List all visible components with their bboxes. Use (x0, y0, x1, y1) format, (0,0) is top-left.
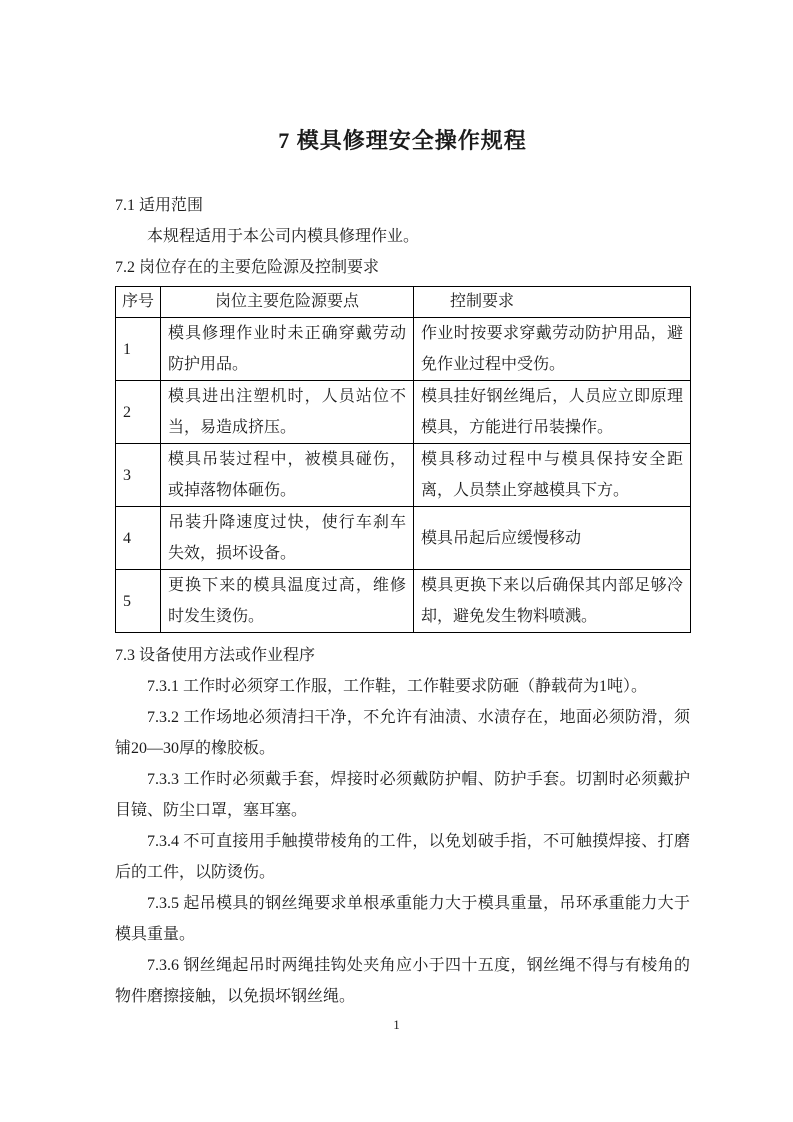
column-header-hazard: 岗位主要危险源要点 (161, 287, 414, 318)
section-heading-7-3: 7.3 设备使用方法或作业程序 (115, 640, 690, 671)
table-header-row: 序号 岗位主要危险源要点 控制要求 (116, 287, 691, 318)
hazard-cell: 更换下来的模具温度过高，维修时发生烫伤。 (161, 570, 414, 633)
column-header-no: 序号 (116, 287, 161, 318)
table-row: 2 模具进出注塑机时，人员站位不当，易造成挤压。 模具挂好钢丝绳后，人员应立即原… (116, 381, 691, 444)
procedure-item-7-3-2: 7.3.2 工作场地必须清扫干净，不允许有油渍、水渍存在，地面必须防滑，须铺20… (115, 702, 690, 764)
hazard-control-table: 序号 岗位主要危险源要点 控制要求 1 模具修理作业时未正确穿戴劳动防护用品。 … (115, 286, 691, 633)
page-title: 7 模具修理安全操作规程 (115, 126, 690, 156)
control-cell: 作业时按要求穿戴劳动防护用品，避免作业过程中受伤。 (414, 318, 691, 381)
procedure-item-7-3-6: 7.3.6 钢丝绳起吊时两绳挂钩处夹角应小于四十五度，钢丝绳不得与有棱角的物件磨… (115, 950, 690, 1012)
row-number: 5 (116, 570, 161, 633)
table-row: 3 模具吊装过程中，被模具碰伤，或掉落物体砸伤。 模具移动过程中与模具保持安全距… (116, 444, 691, 507)
column-header-control: 控制要求 (414, 287, 691, 318)
control-cell: 模具更换下来以后确保其内部足够冷却，避免发生物料喷溅。 (414, 570, 691, 633)
hazard-cell: 模具修理作业时未正确穿戴劳动防护用品。 (161, 318, 414, 381)
table-row: 5 更换下来的模具温度过高，维修时发生烫伤。 模具更换下来以后确保其内部足够冷却… (116, 570, 691, 633)
procedure-item-7-3-1: 7.3.1 工作时必须穿工作服，工作鞋，工作鞋要求防砸（静载荷为1吨）。 (115, 671, 690, 702)
hazard-cell: 模具吊装过程中，被模具碰伤，或掉落物体砸伤。 (161, 444, 414, 507)
control-cell: 模具吊起后应缓慢移动 (414, 507, 691, 570)
table-row: 1 模具修理作业时未正确穿戴劳动防护用品。 作业时按要求穿戴劳动防护用品，避免作… (116, 318, 691, 381)
control-cell: 模具移动过程中与模具保持安全距离，人员禁止穿越模具下方。 (414, 444, 691, 507)
document-page: 7 模具修理安全操作规程 7.1 适用范围 本规程适用于本公司内模具修理作业。 … (0, 0, 793, 1122)
procedure-item-7-3-3: 7.3.3 工作时必须戴手套，焊接时必须戴防护帽、防护手套。切割时必须戴护目镜、… (115, 764, 690, 826)
row-number: 2 (116, 381, 161, 444)
hazard-cell: 模具进出注塑机时，人员站位不当，易造成挤压。 (161, 381, 414, 444)
hazard-cell: 吊装升降速度过快，使行车刹车失效，损坏设备。 (161, 507, 414, 570)
control-cell: 模具挂好钢丝绳后，人员应立即原理模具，方能进行吊装操作。 (414, 381, 691, 444)
section-heading-7-1: 7.1 适用范围 (115, 190, 690, 221)
procedure-item-7-3-4: 7.3.4 不可直接用手触摸带棱角的工件，以免划破手指，不可触摸焊接、打磨后的工… (115, 826, 690, 888)
row-number: 4 (116, 507, 161, 570)
page-number: 1 (0, 1016, 793, 1034)
section-7-1-body: 本规程适用于本公司内模具修理作业。 (115, 221, 690, 252)
table-row: 4 吊装升降速度过快，使行车刹车失效，损坏设备。 模具吊起后应缓慢移动 (116, 507, 691, 570)
row-number: 1 (116, 318, 161, 381)
row-number: 3 (116, 444, 161, 507)
procedure-item-7-3-5: 7.3.5 起吊模具的钢丝绳要求单根承重能力大于模具重量，吊环承重能力大于模具重… (115, 888, 690, 950)
section-heading-7-2: 7.2 岗位存在的主要危险源及控制要求 (115, 252, 690, 283)
